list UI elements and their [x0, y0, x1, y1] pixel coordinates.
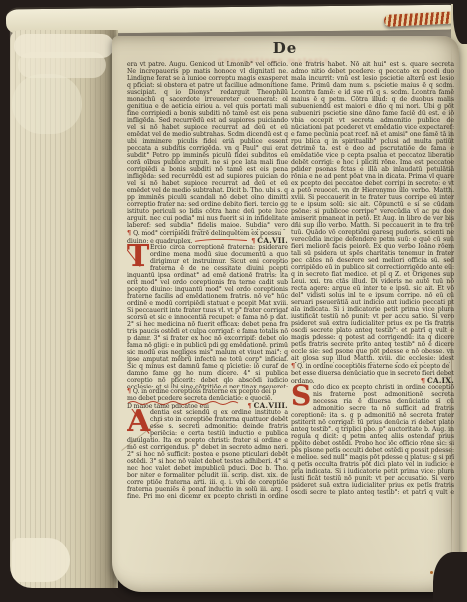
page-edge-step: [12, 538, 70, 582]
red-underline-squiggle: [127, 401, 247, 405]
running-header: De: [252, 39, 318, 57]
book-photo-scene: De conceptione materia era vt patre. Aug…: [0, 0, 467, 602]
initial-s: S: [291, 384, 311, 409]
page-edge-step: [18, 52, 106, 78]
paragraph-continuation-left: era vt patre. Augu. Genicod ut Lmonib° v…: [127, 61, 288, 230]
summary-line: bet esse diuersa denūciatio que in secre…: [291, 370, 454, 377]
chapter-viii-summary: ¶ Q. in ordine coreptiōis fraterne ex pc…: [127, 388, 288, 409]
initial-t: T: [127, 244, 148, 271]
chapter-viii-label: CA.VIII.: [254, 402, 288, 409]
chapter-ix-heading-line: ordano. ¶ CA.IX.: [291, 377, 454, 384]
chapter-vii-label: CA.VII.: [257, 237, 288, 244]
summary-line: ¶ Q. in ordine coceptiōis fraterne scdo …: [291, 363, 454, 370]
spacer: [317, 378, 419, 383]
chapter-viii-body: 3 A dentia est sciendū q ex ordine insti…: [127, 409, 288, 499]
text-column-left: era vt patre. Augu. Genicod ut Lmonib° v…: [127, 61, 288, 501]
summary-text: bet esse diuersa denūciatio que in secre…: [291, 370, 454, 377]
summary-line: ¶ Q. mod° corripiēdi fratrē delinquētem …: [127, 230, 288, 237]
summary-text: Q. mod° corripiēdi fratrē delinquētem ex…: [133, 230, 281, 237]
pilcrow-icon: ¶: [127, 230, 131, 237]
pilcrow-icon: ¶: [127, 388, 131, 395]
paragraph-continuation-right: one fratris habet. Nō ait hui° est s. qu…: [291, 61, 454, 363]
pilcrow-icon: ¶: [291, 363, 295, 370]
chapter-ix-body: S cdo dico ex pcepto christi in ordine c…: [291, 384, 454, 496]
summary-text: Q. in ordine coceptiōis fraterne scdo ex…: [297, 363, 449, 370]
wormhole-mark: [430, 571, 433, 574]
chapter-vii-text: Ercio circa correptionē fraterna: psider…: [127, 244, 288, 388]
text-column-right: one fratris habet. Nō ait hui° est s. qu…: [291, 61, 454, 497]
red-swash-icon: [194, 238, 249, 243]
chapter-ix-summary: ¶ Q. in ordine coceptiōis fraterne scdo …: [291, 363, 454, 384]
page-edge-step: [12, 74, 82, 134]
summary-line: ¶ Q. in ordine coreptiōis fraterne ex pc…: [127, 388, 288, 395]
page-edge-stack: [10, 30, 118, 588]
chapter-viii-text: dentia est sciendū q ex ordine instituto…: [127, 409, 288, 499]
chapter-ix-text: cdo dico ex pcepto christi in ordine coc…: [291, 384, 454, 496]
chapter-vii-heading-line: diuino: e quadruplex. ¶ CA.VII.: [127, 237, 288, 244]
book-page: De conceptione materia era vt patre. Aug…: [112, 36, 459, 592]
summary-text: Q. in ordine coreptiōis fraterne ex pcep…: [133, 388, 276, 395]
chapter-vii-body: T Ercio circa correptionē fraterna: psid…: [127, 244, 288, 388]
initial-a: A: [127, 409, 148, 436]
chapter-ix-label: CA.IX.: [427, 377, 454, 384]
photo-background: { "scene": { "background_color": "#241d1…: [0, 0, 467, 602]
chapter-vii-summary: ¶ Q. mod° corripiēdi fratrē delinquētem …: [127, 230, 288, 244]
